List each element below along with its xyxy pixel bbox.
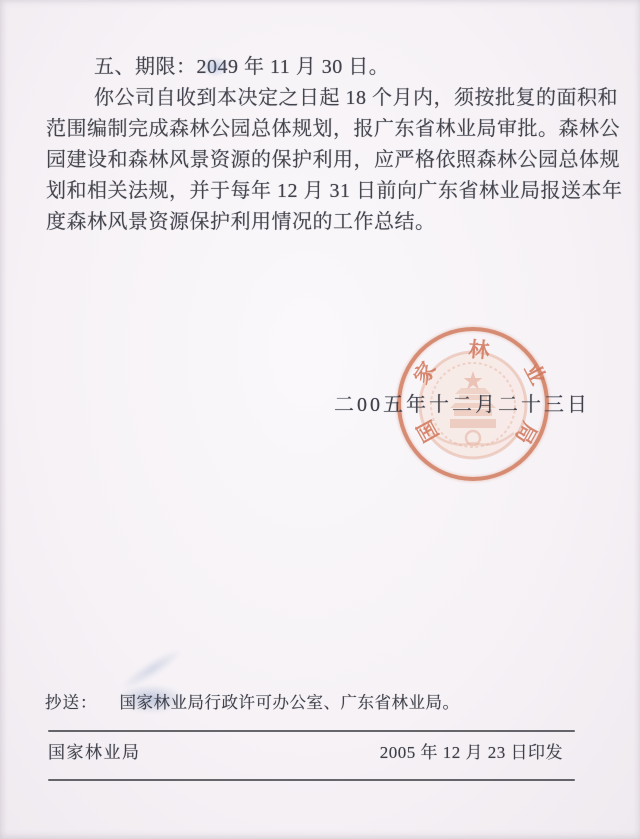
footer-divider-top [48, 730, 575, 732]
cc-content: 国家林业局行政许可办公室、广东省林业局。 [120, 693, 460, 712]
ink-stain-over-year [201, 57, 229, 77]
body-line: 园建设和森林风景资源的保护利用，应严格依照森林公园总体规 [46, 145, 598, 176]
seal-char-lin: 林 [466, 337, 492, 363]
cc-line: 抄送：国家林业局行政许可办公室、广东省林业局。 [45, 691, 460, 715]
cc-label: 抄送： [45, 693, 98, 712]
body-line: 范围编制完成森林公园总体规划，报广东省林业局审批。森林公 [46, 114, 598, 145]
footer-issuer: 国家林业局 [48, 741, 141, 765]
footer-row: 国家林业局 2005 年 12 月 23 日印发 [48, 741, 563, 765]
body-line: 划和相关法规，并于每年 12 月 31 日前向广东省林业局报送本年 [46, 176, 598, 207]
body-line: 度森林风景资源保护利用情况的工作总结。 [46, 207, 598, 238]
term-heading: 五、期限：2049 年 11 月 30 日。 [46, 52, 598, 83]
document-body: 五、期限：2049 年 11 月 30 日。 你公司自收到本决定之日起 18 个… [46, 52, 598, 238]
footer-print-date: 2005 年 12 月 23 日印发 [380, 741, 563, 765]
body-line: 你公司自收到本决定之日起 18 个月内，须按批复的面积和 [46, 83, 598, 114]
footer-divider-bottom [48, 779, 575, 781]
scanned-document-page: 五、期限：2049 年 11 月 30 日。 你公司自收到本决定之日起 18 个… [0, 0, 640, 839]
signature-date: 二00五年十二月二十三日 [334, 388, 590, 417]
